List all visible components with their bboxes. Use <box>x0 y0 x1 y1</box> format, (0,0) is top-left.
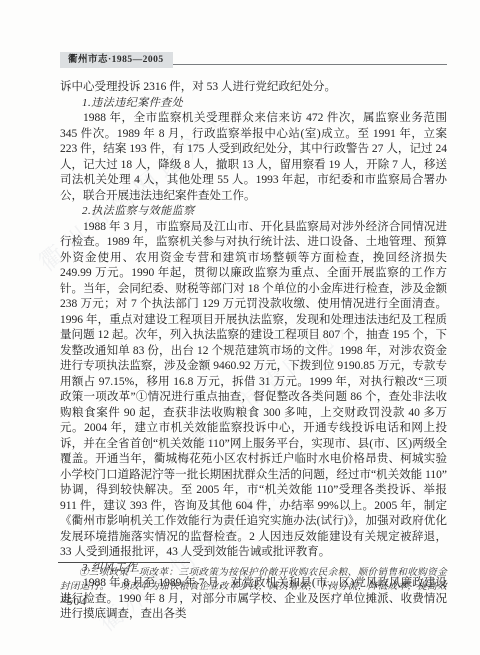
book-page: 衢州市情网地方志 衢州市情网地方志 衢州市情网地方志 衢州市志·1985—200… <box>0 0 480 655</box>
body-text: 诉中心受理投诉 2316 件，对 53 人进行党纪政纪处分。1.违法违纪案件查处… <box>60 80 447 623</box>
paragraph: 1988 年 8 月至 1989 年 7 月，对党政机关和县(市、区)党风政风廉… <box>60 576 447 623</box>
paragraph: 1988 年 3 月，市监察局及江山市、开化县监察局对涉外经济合同情况进行检查。… <box>60 220 447 561</box>
paragraph: 1988 年，全市监察机关受理群众来信来访 472 件次，属监察业务范围 345… <box>60 111 447 204</box>
subsection-heading: 1.违法违纪案件查处 <box>60 96 447 112</box>
subsection-heading: 2.执法监察与效能监察 <box>60 204 447 220</box>
volume-label: 衢州市志·1985—2005 <box>60 52 173 68</box>
paragraph: 诉中心受理投诉 2316 件，对 53 人进行党纪政纪处分。 <box>60 80 447 96</box>
subsection-heading: 3.纠风工作 <box>60 561 447 577</box>
page-header: 衢州市志·1985—2005 <box>60 49 447 68</box>
